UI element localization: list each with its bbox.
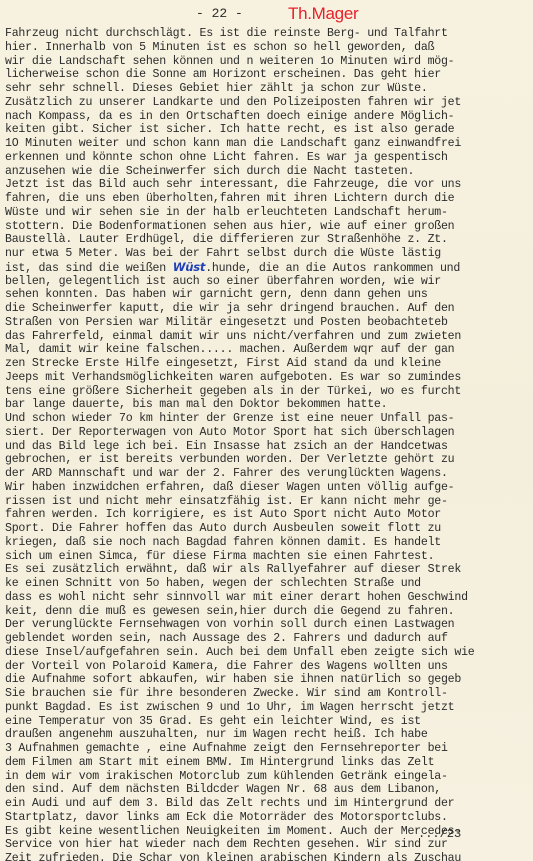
document-page: - 22 - Th.Mager Fahrzeug nicht durchschl… <box>0 0 533 861</box>
text-line: Straßen von Persien war Militär eingeset… <box>5 316 533 330</box>
text-line: Jeeps mit Verhandsmöglichkeiten waren au… <box>5 371 533 385</box>
text-line: fahren werden. Ich korrigiere, es ist Au… <box>5 508 533 522</box>
text-line: Sie brauchen sie für ihre besonderen Zwe… <box>5 687 533 701</box>
text-line: 1O Minuten weiter und schon kann man die… <box>5 137 533 151</box>
text-line: Sport. Die Fahrer hoffen das Auto durch … <box>5 522 533 536</box>
text-line: Fahrzeug nicht durchschlägt. Es ist die … <box>5 27 533 41</box>
text-line: und das Bild lege ich bei. Ein Insasse h… <box>5 440 533 454</box>
text-line: gebrochen, er ist bereits verbunden word… <box>5 453 533 467</box>
text-line: Zeit zufrieden. Die Schar von kleinen ar… <box>5 852 533 861</box>
typewritten-body: Fahrzeug nicht durchschlägt. Es ist die … <box>5 27 533 861</box>
text-line: Startplatz, davor links am Eck die Motor… <box>5 811 533 825</box>
text-line: die Scheinwerfer kaputt, die wir ja sehr… <box>5 302 533 316</box>
text-line: wir die Landschaft sehen können und n we… <box>5 55 533 69</box>
text-line: keiten gibt. Sicher ist sicher. Ich hatt… <box>5 123 533 137</box>
text-line: rissen ist und nicht mehr einsatzfähig i… <box>5 495 533 509</box>
text-line: Wir haben inzwidchen erfahren, daß diese… <box>5 481 533 495</box>
text-line: Mal, damit wir keine falschen..... mache… <box>5 343 533 357</box>
text-line: das Fahrerfeld, einmal damit wir uns nic… <box>5 330 533 344</box>
text-line: sehr sehr schnell. Dieses Gebiet hier zä… <box>5 82 533 96</box>
text-line: diese Insel/aufgefahren sein. Auch bei d… <box>5 646 533 660</box>
text-line: Baustellà. Lauter Erdhügel, die differie… <box>5 233 533 247</box>
text-line: ein Audi und auf dem 3. Bild das Zelt re… <box>5 797 533 811</box>
text-line: hier. Innerhalb von 5 Minuten ist es sch… <box>5 41 533 55</box>
text-line: draußen angenehm auszuhalten, nur im Wag… <box>5 728 533 742</box>
text-line: keit, denn die muß es gewesen sein,hier … <box>5 605 533 619</box>
text-line: Es sei zusätzlich erwähnt, daß wir als R… <box>5 563 533 577</box>
text-line: der Vorteil von Polaroid Kamera, die Fah… <box>5 660 533 674</box>
page-header: - 22 - Th.Mager <box>0 4 533 28</box>
text-line: sich um einen Simca, für diese Firma mac… <box>5 550 533 564</box>
text-line: ke einen Schnitt von 5o haben, wegen der… <box>5 577 533 591</box>
text-line: in dem wir vom irakischen Motorclub zum … <box>5 770 533 784</box>
text-line: Jetzt ist das Bild auch sehr interessant… <box>5 178 533 192</box>
text-line: sehen konnten. Das haben wir garnicht ge… <box>5 288 533 302</box>
continuation-reference: .../23 <box>418 827 461 841</box>
text-line: die Aufnahme sofort abkaufen, wir haben … <box>5 673 533 687</box>
page-number: - 22 - <box>196 6 243 21</box>
author-stamp: Th.Mager <box>288 4 358 24</box>
text-line: licherweise schon die Sonne am Horizont … <box>5 68 533 82</box>
text-line: fahren, die uns eben überholten,fahren m… <box>5 192 533 206</box>
text-line: den sind. Auf dem nächsten Bildcder Wage… <box>5 783 533 797</box>
text-line: tens eine größere Sicherheit gegeben als… <box>5 385 533 399</box>
text-line: nach Kompass, da es in den Ortschaften d… <box>5 110 533 124</box>
text-line: stottern. Die Bodenformationen sehen aus… <box>5 220 533 234</box>
handwritten-insertion: Wüst <box>173 260 206 274</box>
text-line: kriegen, daß sie noch nach Bagdad fahren… <box>5 536 533 550</box>
text-line: punkt Bagdad. Es ist zwischen 9 und 1o U… <box>5 701 533 715</box>
text-line: anzusehen wie die Scheinwerfer sich durc… <box>5 165 533 179</box>
text-line: Und schon wieder 7o km hinter der Grenze… <box>5 412 533 426</box>
text-line: siert. Der Reporterwagen von Auto Motor … <box>5 426 533 440</box>
text-line: dass es wohl nicht sehr sinnvoll war mit… <box>5 591 533 605</box>
text-line: Der verunglückte Fernsehwagen von vorhin… <box>5 618 533 632</box>
text-line: nur etwa 5 Meter. Was bei der Fahrt selb… <box>5 247 533 261</box>
text-line: eine Temperatur von 35 Grad. Es geht ein… <box>5 715 533 729</box>
text-line: zen Strecke Erste Hilfe eingesetzt, Firs… <box>5 357 533 371</box>
text-line: Zusätzlich zu unserer Landkarte und den … <box>5 96 533 110</box>
text-line: der ARD Mannschaft und war der 2. Fahrer… <box>5 467 533 481</box>
text-line: dem Filmen am Start mit einem BMW. Im Hi… <box>5 756 533 770</box>
text-line: 3 Aufnahmen gemachte , eine Aufnahme zei… <box>5 742 533 756</box>
text-line: bellen, gelegentlich ist auch so einer ü… <box>5 275 533 289</box>
text-line: ist, das sind die weißen Wüst.hunde, die… <box>5 261 533 275</box>
text-line: bar lange dauerte, bis man mal den Dokto… <box>5 398 533 412</box>
text-line: geblendet worden sein, nach Aussage des … <box>5 632 533 646</box>
text-line: Wüste und wir sehen sie in der halb erle… <box>5 206 533 220</box>
text-line: erkennen und könnte schon ohne Licht fah… <box>5 151 533 165</box>
